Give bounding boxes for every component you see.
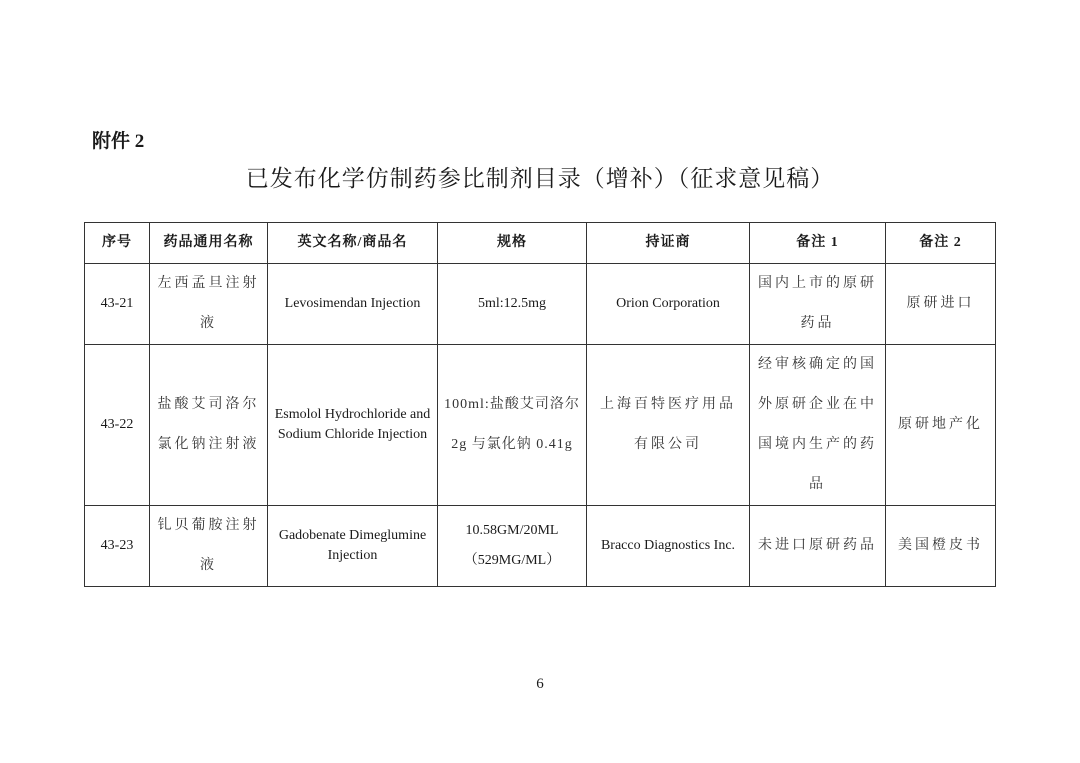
col-header-generic-name: 药品通用名称 xyxy=(150,223,268,264)
col-header-spec: 规格 xyxy=(438,223,587,264)
table-row: 43-23 钆贝葡胺注射液 Gadobenate Dimeglumine Inj… xyxy=(85,506,996,587)
table-row: 43-21 左西孟旦注射液 Levosimendan Injection 5ml… xyxy=(85,264,996,345)
cell-english-name: Esmolol Hydrochloride and Sodium Chlorid… xyxy=(268,345,438,506)
attachment-label: 附件 2 xyxy=(92,126,144,153)
table-header-row: 序号 药品通用名称 英文名称/商品名 规格 持证商 备注 1 备注 2 xyxy=(85,223,996,264)
cell-spec: 10.58GM/20ML（529MG/ML） xyxy=(438,506,587,587)
document-title: 已发布化学仿制药参比制剂目录（增补）（征求意见稿） xyxy=(0,160,1080,193)
cell-holder: 上海百特医疗用品有限公司 xyxy=(587,345,750,506)
col-header-holder: 持证商 xyxy=(587,223,750,264)
cell-spec: 100ml:盐酸艾司洛尔 2g 与氯化钠 0.41g xyxy=(438,345,587,506)
reference-drug-table: 序号 药品通用名称 英文名称/商品名 规格 持证商 备注 1 备注 2 43-2… xyxy=(84,222,996,587)
page-number: 6 xyxy=(0,676,1080,693)
cell-id: 43-21 xyxy=(85,264,150,345)
cell-spec: 5ml:12.5mg xyxy=(438,264,587,345)
cell-note2: 美国橙皮书 xyxy=(886,506,996,587)
cell-note2: 原研地产化 xyxy=(886,345,996,506)
cell-note1: 未进口原研药品 xyxy=(750,506,886,587)
cell-id: 43-22 xyxy=(85,345,150,506)
table-row: 43-22 盐酸艾司洛尔氯化钠注射液 Esmolol Hydrochloride… xyxy=(85,345,996,506)
cell-english-name: Levosimendan Injection xyxy=(268,264,438,345)
cell-generic-name: 盐酸艾司洛尔氯化钠注射液 xyxy=(150,345,268,506)
cell-english-name: Gadobenate Dimeglumine Injection xyxy=(268,506,438,587)
cell-note2: 原研进口 xyxy=(886,264,996,345)
cell-note1: 国内上市的原研药品 xyxy=(750,264,886,345)
col-header-english-name: 英文名称/商品名 xyxy=(268,223,438,264)
col-header-note2: 备注 2 xyxy=(886,223,996,264)
cell-generic-name: 左西孟旦注射液 xyxy=(150,264,268,345)
cell-holder: Bracco Diagnostics Inc. xyxy=(587,506,750,587)
col-header-id: 序号 xyxy=(85,223,150,264)
col-header-note1: 备注 1 xyxy=(750,223,886,264)
cell-holder: Orion Corporation xyxy=(587,264,750,345)
cell-id: 43-23 xyxy=(85,506,150,587)
cell-generic-name: 钆贝葡胺注射液 xyxy=(150,506,268,587)
cell-note1: 经审核确定的国外原研企业在中国境内生产的药品 xyxy=(750,345,886,506)
